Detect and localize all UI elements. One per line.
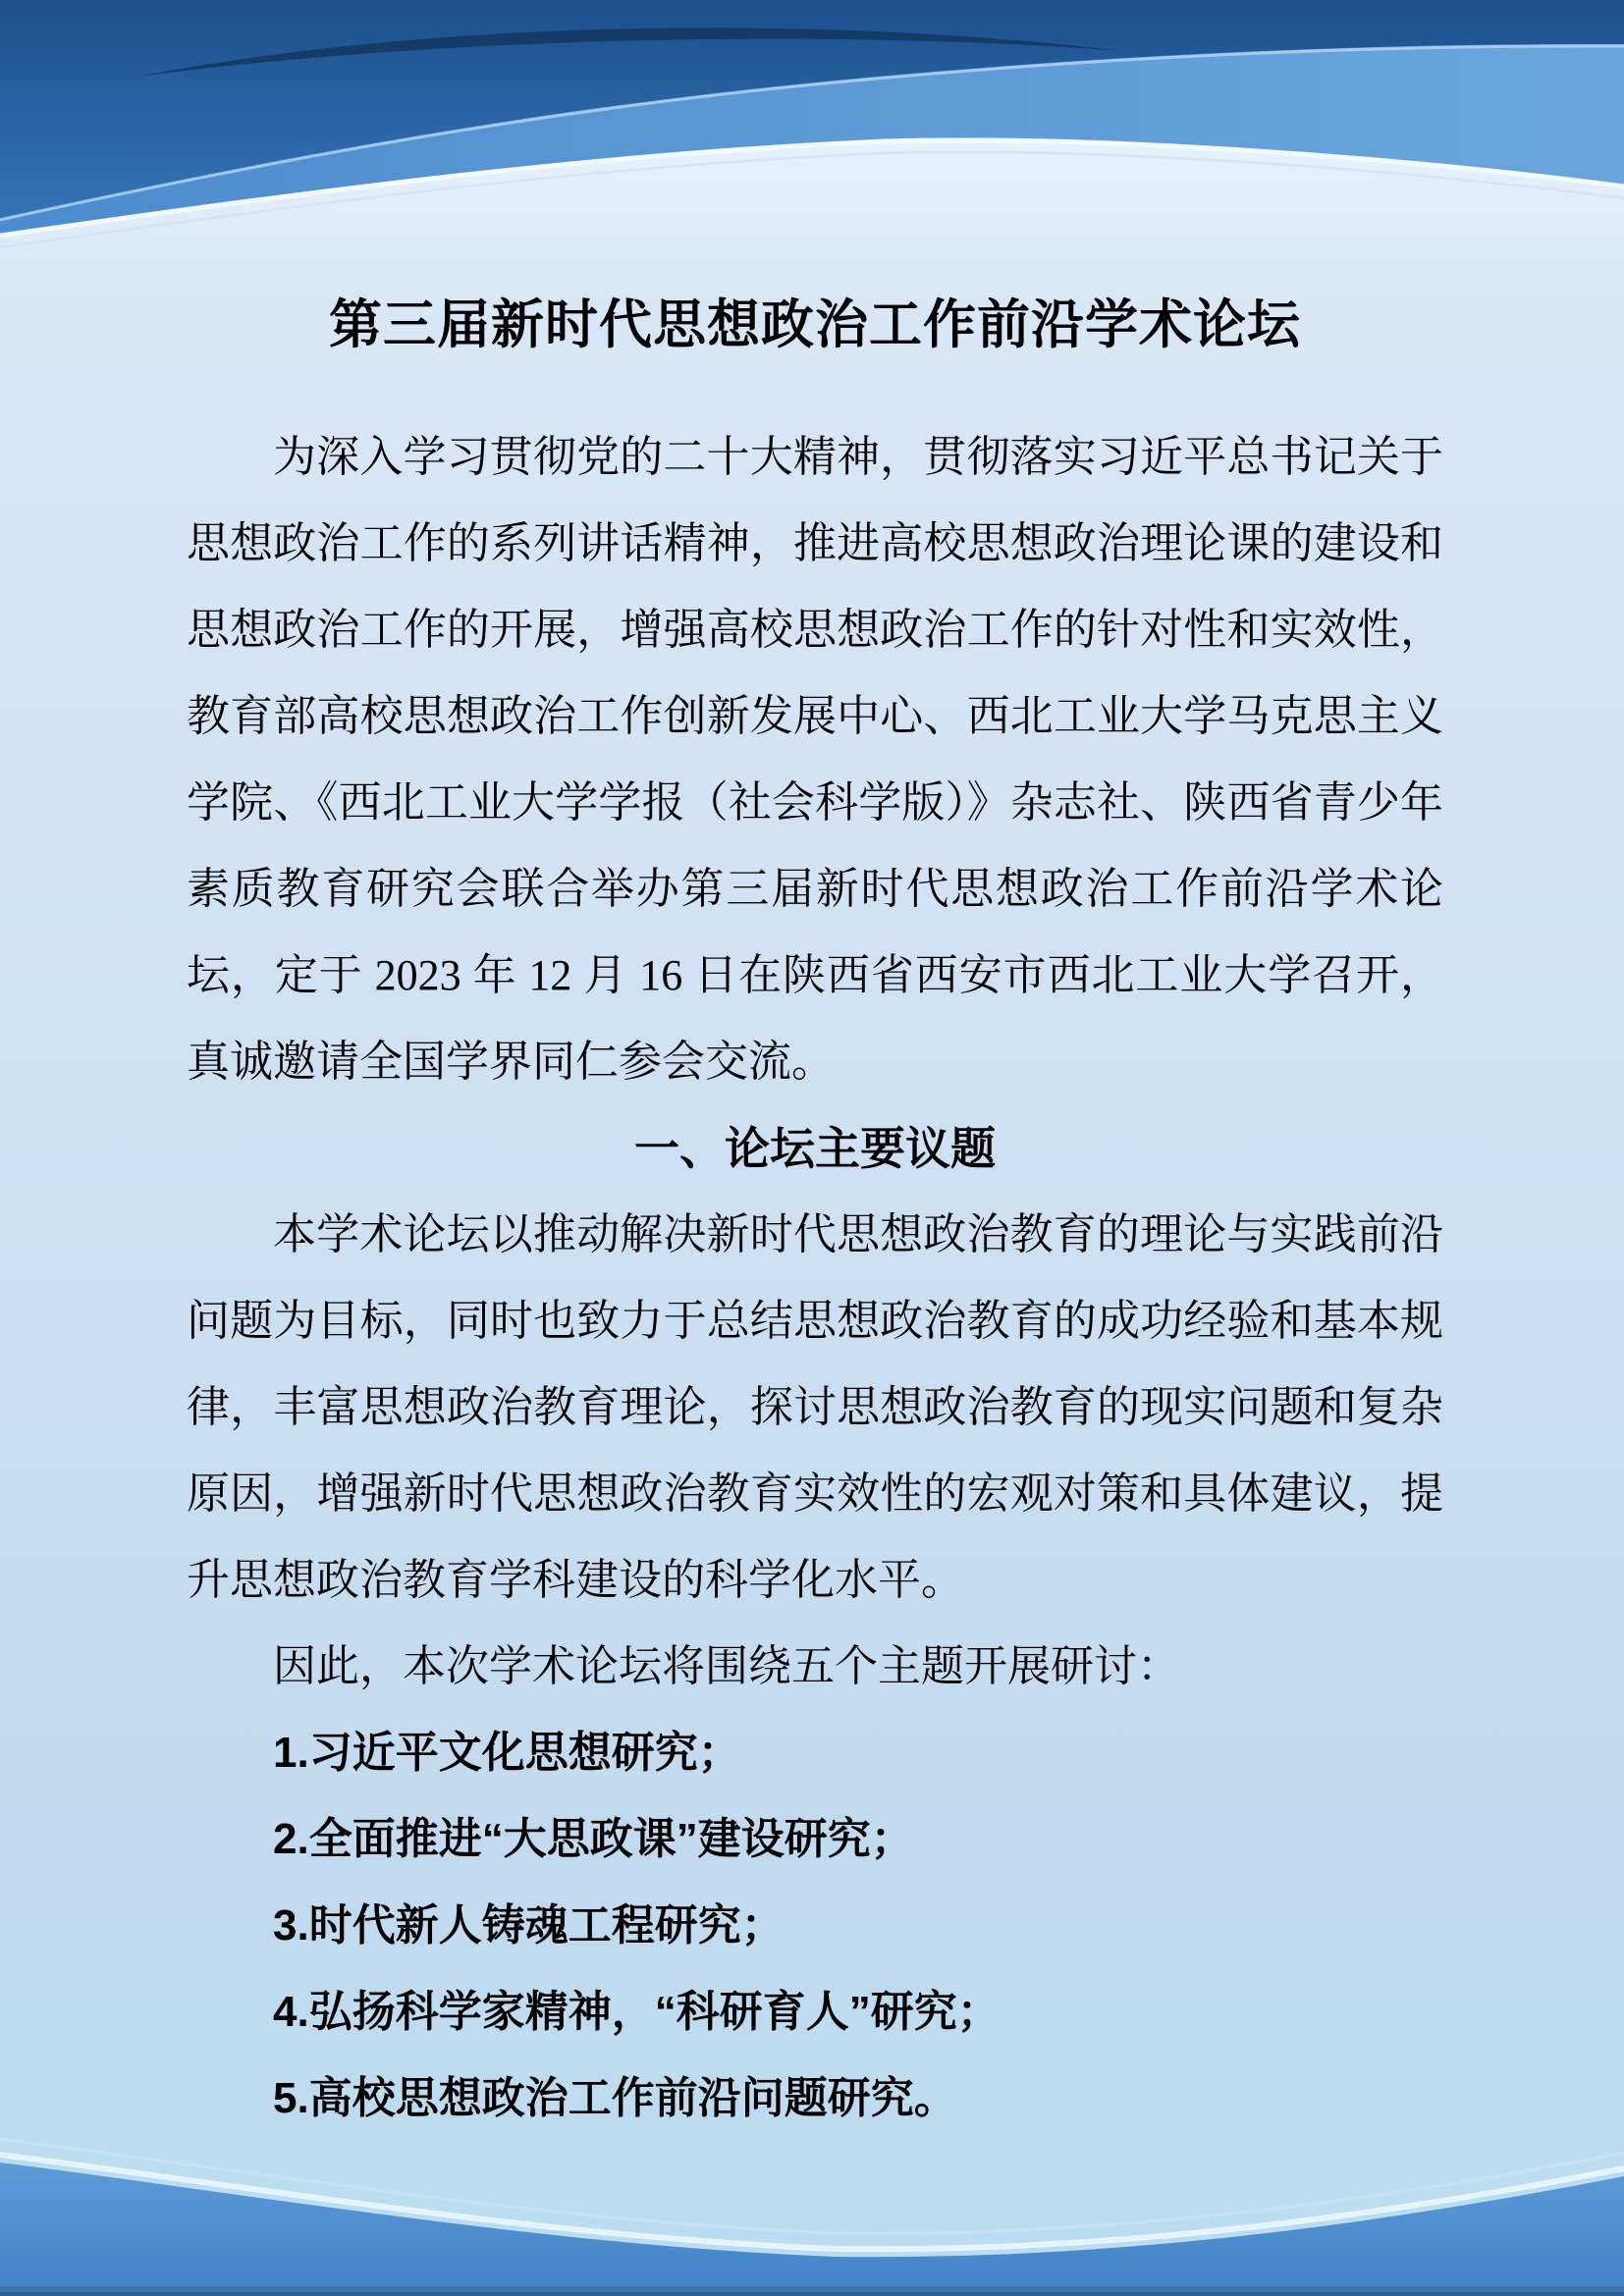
page-title: 第三届新时代思想政治工作前沿学术论坛 (187, 281, 1443, 369)
topic-item-5: 5.高校思想政治工作前沿问题研究。 (187, 2056, 1443, 2142)
intro-paragraph: 为深入学习贯彻党的二十大精神，贯彻落实习近平总书记关于思想政治工作的系列讲话精神… (187, 414, 1443, 1105)
topic-item-2: 2.全面推进“大思政课”建设研究； (187, 1796, 1443, 1883)
section-paragraph-2: 因此，本次学术论坛将围绕五个主题开展研讨： (187, 1624, 1443, 1710)
topic-list: 1.习近平文化思想研究； 2.全面推进“大思政课”建设研究； 3.时代新人铸魂工… (187, 1710, 1443, 2142)
document-page: 第三届新时代思想政治工作前沿学术论坛 为深入学习贯彻党的二十大精神，贯彻落实习近… (0, 0, 1624, 2296)
section-heading-topics: 一、论坛主要议题 (187, 1105, 1443, 1192)
topic-item-1: 1.习近平文化思想研究； (187, 1710, 1443, 1796)
topic-item-3: 3.时代新人铸魂工程研究； (187, 1883, 1443, 1969)
section-paragraph-1: 本学术论坛以推动解决新时代思想政治教育的理论与实践前沿问题为目标，同时也致力于总… (187, 1192, 1443, 1624)
topic-item-4: 4.弘扬科学家精神，“科研育人”研究； (187, 1969, 1443, 2056)
document-body: 第三届新时代思想政治工作前沿学术论坛 为深入学习贯彻党的二十大精神，贯彻落实习近… (0, 0, 1624, 2142)
